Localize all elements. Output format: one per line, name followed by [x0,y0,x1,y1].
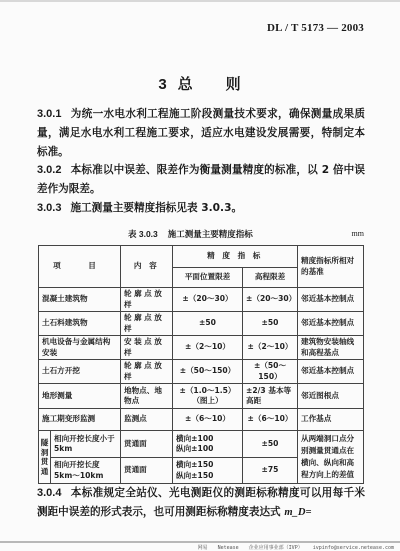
cell-content: 贯通面 [121,458,173,484]
table-row: 地形测量 地物点、地物点 ±（1.0～1.5）（图上） ±2/3 基本等高距 邻… [39,384,364,409]
table-row: 混凝土建筑物 轮廓点放样 ±（20～30） ±（20～30） 邻近基本控制点 [39,288,364,312]
cell-elevation: ±75 [243,458,298,484]
cell-item: 施工期变形监测 [39,409,121,431]
cell-content: 轮廓点放样 [121,288,173,312]
standard-number: DL / T 5173 — 2003 [267,22,364,34]
clause-text: 本标准以中误差、限差作为衡量测量精度的标准，以 2 倍中误差作为限差。 [37,164,365,195]
cell-elevation: ±（2～10） [243,336,298,360]
clause-text: 本标准规定全站仪、光电测距仪的测距标称精度可以用每千米测距中误差的形式表示，也可… [37,487,365,518]
cell-content: 轮廓点放样 [121,312,173,336]
footer-watermark: 网易Netease企业应用事业部（IVP）ivpinfo@service.net… [198,544,394,551]
header-row-1: 项 目 内 容 精 度 指 标 精度指标所相对的基准 [39,246,364,268]
clause-3-0-2: 3.0.2本标准以中误差、限差作为衡量测量精度的标准，以 2 倍中误差作为限差。 [37,161,365,199]
chapter-title-a: 总 [178,75,194,93]
cell-elevation: ±（20～30） [243,288,298,312]
cell-item: 混凝土建筑物 [39,288,121,312]
table-row-tunnel: 隧洞贯通 相向开挖长度小于 5km 贯通面 横向±100 纵向±100 ±50 … [39,431,364,458]
header-plane: 平面位置限差 [173,268,243,288]
cell-tunnel-group: 隧洞贯通 [39,431,51,484]
cell-item: 相向开挖长度 5km～10km [51,458,121,484]
accuracy-table: 项 目 内 容 精 度 指 标 精度指标所相对的基准 平面位置限差 高程限差 混… [38,245,364,484]
table-unit: mm [352,229,364,238]
cell-elevation: ±50 [243,312,298,336]
clause-3-0-1: 3.0.1为统一水电水利工程施工阶段测量技术要求，确保测量成果质量，满足水电水利… [37,105,365,161]
cell-content: 安装点放样 [121,336,173,360]
footer-divider [0,541,400,543]
clause-number: 3.0.2 [37,164,61,176]
header-elevation: 高程限差 [243,268,298,288]
footer-email: ivpinfo@service.netease.com [313,545,394,551]
formula-fragment: m_D= [284,507,311,518]
cell-item: 土石料建筑物 [39,312,121,336]
footer-brand-cn: 网易 [198,545,208,551]
clause-number: 3.0.3 [37,202,61,214]
cell-elevation: ±（6～10） [243,409,298,431]
table-title: 施工测量主要精度指标 [168,230,253,240]
cell-reference: 邻近基本控制点 [298,288,364,312]
cell-reference: 邻近基本控制点 [298,360,364,384]
chapter-number: 3 [158,76,167,93]
header-accuracy: 精 度 指 标 [173,246,298,268]
cell-item: 机电设备与金属结构安装 [39,336,121,360]
clause-number: 3.0.4 [37,487,61,499]
cell-content: 贯通面 [121,431,173,458]
cell-content: 地物点、地物点 [121,384,173,409]
cell-plane: ±（20～30） [173,288,243,312]
table-number: 表 3.0.3 [128,229,158,239]
chapter-title-b: 则 [226,75,242,93]
cell-reference: 邻近基本控制点 [298,312,364,336]
cell-elevation: ±2/3 基本等高距 [243,384,298,409]
table-row: 机电设备与金属结构安装 安装点放样 ±（2～10） ±（2～10） 建筑物安装轴… [39,336,364,360]
cell-content: 监测点 [121,409,173,431]
cell-reference: 工作基点 [298,409,364,431]
chapter-title: 3总则 [0,73,400,94]
cell-reference: 邻近图根点 [298,384,364,409]
cell-elevation: ±（50～150） [243,360,298,384]
clause-3-0-4: 3.0.4本标准规定全站仪、光电测距仪的测距标称精度可以用每千米测距中误差的形式… [37,484,365,523]
table-row: 土石方开挖 轮廓点放样 ±（50～150） ±（50～150） 邻近基本控制点 [39,360,364,384]
header-reference: 精度指标所相对的基准 [298,246,364,288]
cell-plane: 横向±100 纵向±100 [173,431,243,458]
cell-reference: 从两端洞口点分别测量贯通点在横向、纵向和高程方向上的差值 [298,431,364,484]
cell-item: 地形测量 [39,384,121,409]
table-row: 施工期变形监测 监测点 ±（6～10） ±（6～10） 工作基点 [39,409,364,431]
clause-3-0-3: 3.0.3施工测量主要精度指标见表 3.0.3。 [37,199,365,218]
clause-text: 施工测量主要精度指标见表 3.0.3。 [70,202,242,214]
header-content: 内 容 [121,246,173,288]
cell-item: 土石方开挖 [39,360,121,384]
cell-plane: 横向±150 纵向±150 [173,458,243,484]
clause-number: 3.0.1 [37,108,61,120]
cell-plane: ±（6～10） [173,409,243,431]
cell-plane: ±（2～10） [173,336,243,360]
cell-content: 轮廓点放样 [121,360,173,384]
cell-plane: ±50 [173,312,243,336]
cell-plane: ±（1.0～1.5）（图上） [173,384,243,409]
footer-dept: 企业应用事业部（IVP） [249,545,303,551]
cell-item: 相向开挖长度小于 5km [51,431,121,458]
footer-brand-en: Netease [218,545,239,551]
clause-text: 为统一水电水利工程施工阶段测量技术要求，确保测量成果质量，满足水电水利工程施工要… [37,108,365,158]
table-row: 土石料建筑物 轮廓点放样 ±50 ±50 邻近基本控制点 [39,312,364,336]
cell-elevation: ±50 [243,431,298,458]
header-item: 项 目 [39,246,121,288]
cell-reference: 建筑物安装轴线和高程基点 [298,336,364,360]
top-border [0,0,400,2]
cell-plane: ±（50～150） [173,360,243,384]
